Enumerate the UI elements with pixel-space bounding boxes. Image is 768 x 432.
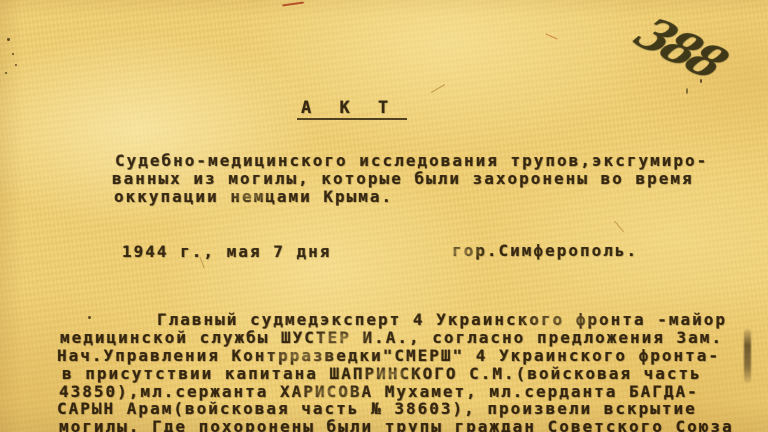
body-line: САРЫН Арам(войсковая часть № 38603), про… — [57, 400, 697, 417]
place-text: гор.Симферополь. — [452, 242, 638, 259]
date-text: 1944 г., мая 7 дня — [122, 243, 331, 260]
paper-speck — [700, 79, 702, 83]
subtitle-line: ванных из могилы, которые были захоронен… — [112, 170, 694, 187]
paper-speck — [15, 64, 17, 66]
paper-fiber — [431, 84, 445, 93]
subtitle-line: оккупации немцами Крыма. — [114, 188, 393, 205]
document-page: 388 А К Т Судебно-медицинского исследова… — [0, 0, 768, 432]
paper-fiber — [282, 1, 304, 6]
body-line: могилы. Где похоронены были трупы гражда… — [59, 418, 734, 432]
body-line: 43850),мл.сержанта ХАРИСОВА Мухамет, мл.… — [59, 383, 699, 400]
body-line: медицинской службы ШУСТЕР И.А., согласно… — [60, 329, 723, 346]
ink-smudge — [744, 329, 751, 383]
paper-speck — [88, 316, 91, 319]
paper-fiber — [545, 33, 557, 39]
body-line: в присутствии капитана ШАПРИНСКОГО С.М.(… — [62, 365, 702, 382]
handwritten-page-number: 388 — [624, 8, 735, 87]
subtitle-line: Судебно-медицинского исследования трупов… — [115, 152, 708, 169]
paper-speck — [5, 72, 7, 74]
body-line: Нач.Управления Контрразведки"СМЕРШ" 4 Ук… — [57, 347, 720, 364]
paper-fiber — [614, 221, 624, 233]
body-line: Главный судмедэксперт 4 Украинского фрон… — [157, 311, 727, 328]
paper-speck — [7, 38, 10, 41]
paper-speck — [686, 88, 688, 94]
document-title: А К Т — [297, 100, 407, 120]
paper-speck — [12, 53, 14, 55]
